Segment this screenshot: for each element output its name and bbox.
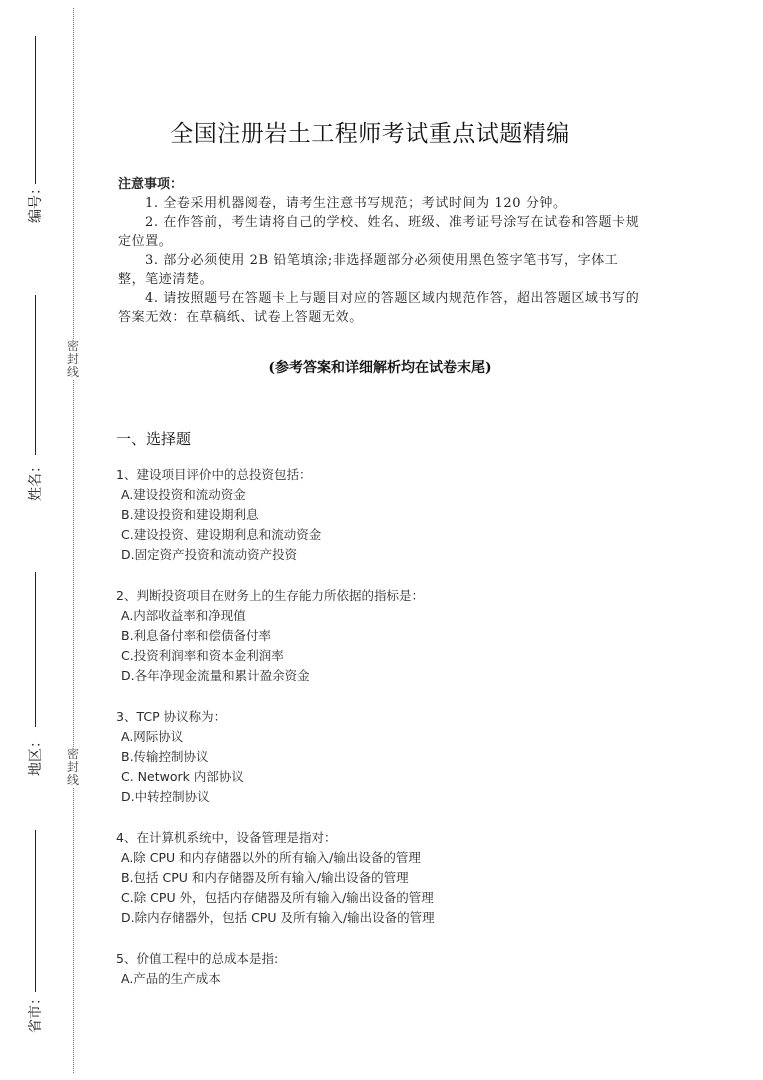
option-d: D.中转控制协议	[116, 787, 636, 807]
province-city-field[interactable]	[35, 830, 36, 992]
section-title: 一、选择题	[116, 428, 191, 449]
question-list: 1、建设项目评价中的总投资包括： A.建设投资和流动资金 B.建设投资和建设期利…	[116, 465, 636, 1010]
seal-label-bottom: 密 封 线	[64, 748, 82, 787]
question-stem: 3、TCP 协议称为：	[116, 707, 636, 727]
seal-char: 线	[64, 774, 82, 787]
question-5: 5、价值工程中的总成本是指: A.产品的生产成本	[116, 949, 636, 989]
seal-dotted-line	[73, 8, 74, 1073]
note-item: 2. 在作答前，考生请将自己的学校、姓名、班级、准考证号涂写在试卷和答题卡规定位…	[118, 213, 643, 251]
option-a: A.产品的生产成本	[116, 969, 636, 989]
option-a: A.除 CPU 和内存储器以外的所有输入/输出设备的管理	[116, 848, 636, 868]
option-b: B.建设投资和建设期利息	[116, 505, 636, 525]
question-stem: 5、价值工程中的总成本是指:	[116, 949, 636, 969]
note-item: 4. 请按照题号在答题卡上与题目对应的答题区域内规范作答，超出答题区域书写的答案…	[118, 289, 643, 327]
notes-heading: 注意事项：	[118, 175, 643, 194]
page-title: 全国注册岩土工程师考试重点试题精编	[110, 115, 630, 148]
option-a: A.建设投资和流动资金	[116, 485, 636, 505]
question-2: 2、判断投资项目在财务上的生存能力所依据的指标是： A.内部收益率和净现值 B.…	[116, 586, 636, 686]
region-field[interactable]	[35, 572, 36, 727]
option-d: D.各年净现金流量和累计盈余资金	[116, 666, 636, 686]
answer-location-note: (参考答案和详细解析均在试卷末尾)	[110, 357, 650, 377]
option-b: B.包括 CPU 和内存储器及所有输入/输出设备的管理	[116, 868, 636, 888]
question-stem: 4、在计算机系统中，设备管理是指对：	[116, 828, 636, 848]
region-label: 地区：	[25, 750, 45, 776]
option-c: C.除 CPU 外，包括内存储器及所有输入/输出设备的管理	[116, 888, 636, 908]
province-city-label: 省市：	[25, 1007, 45, 1033]
note-item: 3. 部分必须使用 2B 铅笔填涂;非选择题部分必须使用黑色签字笔书写，字体工整…	[118, 251, 643, 289]
name-field[interactable]	[35, 295, 36, 455]
question-1: 1、建设项目评价中的总投资包括： A.建设投资和流动资金 B.建设投资和建设期利…	[116, 465, 636, 565]
option-a: A.内部收益率和净现值	[116, 606, 636, 626]
id-number-field[interactable]	[35, 36, 36, 184]
option-c: C.建设投资、建设期利息和流动资金	[116, 525, 636, 545]
seal-label-top: 密 封 线	[64, 340, 82, 379]
exam-notes: 注意事项： 1. 全卷采用机器阅卷，请考生注意书写规范；考试时间为 120 分钟…	[118, 175, 643, 327]
option-b: B.利息备付率和偿债备付率	[116, 626, 636, 646]
option-c: C.投资利润率和资本金利润率	[116, 646, 636, 666]
option-a: A.网际协议	[116, 727, 636, 747]
question-4: 4、在计算机系统中，设备管理是指对： A.除 CPU 和内存储器以外的所有输入/…	[116, 828, 636, 928]
note-item: 1. 全卷采用机器阅卷，请考生注意书写规范；考试时间为 120 分钟。	[118, 194, 643, 213]
option-d: D.除内存储器外，包括 CPU 及所有输入/输出设备的管理	[116, 908, 636, 928]
question-stem: 1、建设项目评价中的总投资包括：	[116, 465, 636, 485]
binding-margin: 密 封 线 密 封 线 编号： 姓名： 地区： 省市：	[0, 0, 100, 1080]
id-number-label: 编号：	[25, 197, 45, 223]
option-c: C. Network 内部协议	[116, 767, 636, 787]
seal-char: 线	[64, 366, 82, 379]
question-3: 3、TCP 协议称为： A.网际协议 B.传输控制协议 C. Network 内…	[116, 707, 636, 807]
option-b: B.传输控制协议	[116, 747, 636, 767]
question-stem: 2、判断投资项目在财务上的生存能力所依据的指标是：	[116, 586, 636, 606]
option-d: D.固定资产投资和流动资产投资	[116, 545, 636, 565]
name-label: 姓名：	[25, 475, 45, 501]
